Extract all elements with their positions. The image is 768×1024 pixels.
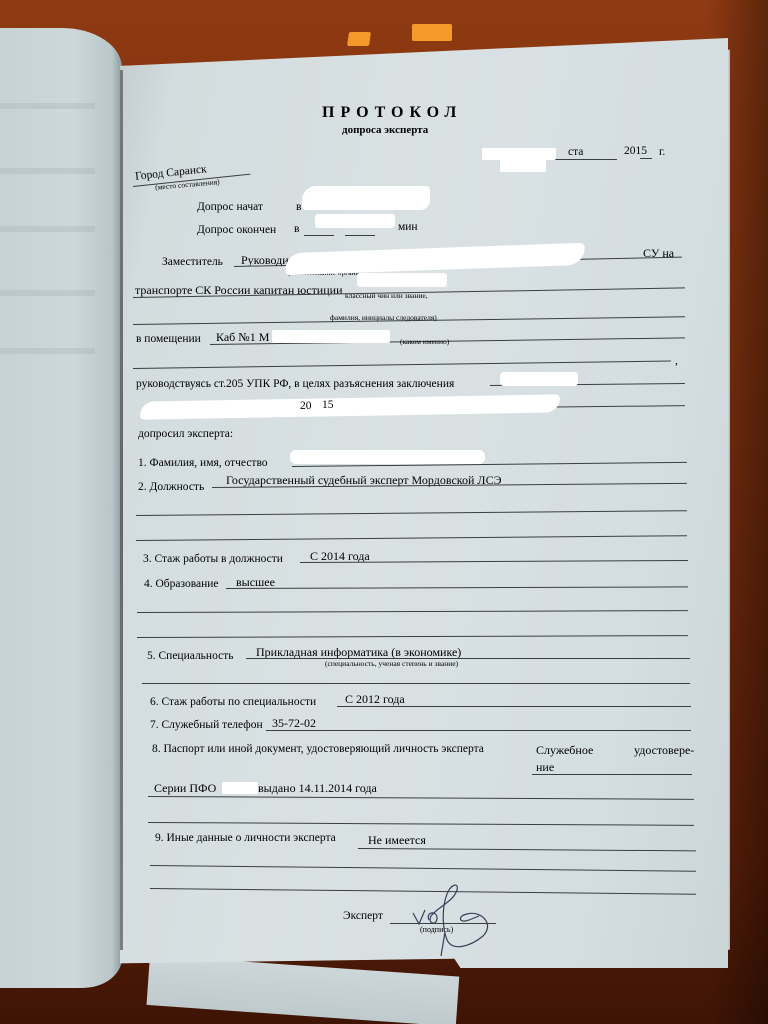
signature-label: Эксперт xyxy=(343,910,383,922)
field-6-value: С 2012 года xyxy=(345,692,405,707)
document-subtitle: допроса эксперта xyxy=(342,124,428,136)
room-label: в помещении xyxy=(136,333,201,345)
redaction xyxy=(290,450,485,464)
field-2-label: 2. Должность xyxy=(138,481,204,493)
bookmark-tab xyxy=(412,24,452,41)
field-1-label: 1. Фамилия, имя, отчество xyxy=(138,457,268,469)
interrogated-label: допросил эксперта: xyxy=(138,428,233,440)
date-year: 2015 xyxy=(624,145,647,157)
field-9-value: Не имеется xyxy=(368,833,426,848)
document-title: ПРОТОКОЛ xyxy=(322,104,462,122)
signature-scribble xyxy=(395,880,505,960)
field-7-label: 7. Служебный телефон xyxy=(150,719,263,731)
field-9-label: 9. Иные данные о личности эксперта xyxy=(155,832,336,844)
investigator-label: Заместитель xyxy=(162,256,223,268)
field-4-label: 4. Образование xyxy=(144,578,219,590)
start-label: Допрос начат xyxy=(197,201,263,213)
date-year-suffix: г. xyxy=(659,146,665,158)
field-7-value: 35-72-02 xyxy=(272,716,316,731)
bookmark-tab xyxy=(347,32,371,46)
page-binding xyxy=(120,70,123,950)
passport-suffix: выдано 14.11.2014 года xyxy=(258,781,377,796)
basis-text: руководствуясь ст.205 УПК РФ, в целях ра… xyxy=(136,378,454,390)
left-page xyxy=(0,28,122,988)
field-6-label: 6. Стаж работы по специальности xyxy=(150,696,316,708)
end-label: Допрос окончен xyxy=(197,224,276,236)
field-3-label: 3. Стаж работы в должности xyxy=(143,553,283,565)
passport-prefix: Серии ПФО xyxy=(154,781,216,796)
date-month: ста xyxy=(568,146,583,158)
redaction xyxy=(302,186,430,210)
underlying-sheet xyxy=(147,955,460,1024)
field-5-label: 5. Специальность xyxy=(147,650,234,662)
field-8-label: 8. Паспорт или иной документ, удостоверя… xyxy=(152,743,484,755)
